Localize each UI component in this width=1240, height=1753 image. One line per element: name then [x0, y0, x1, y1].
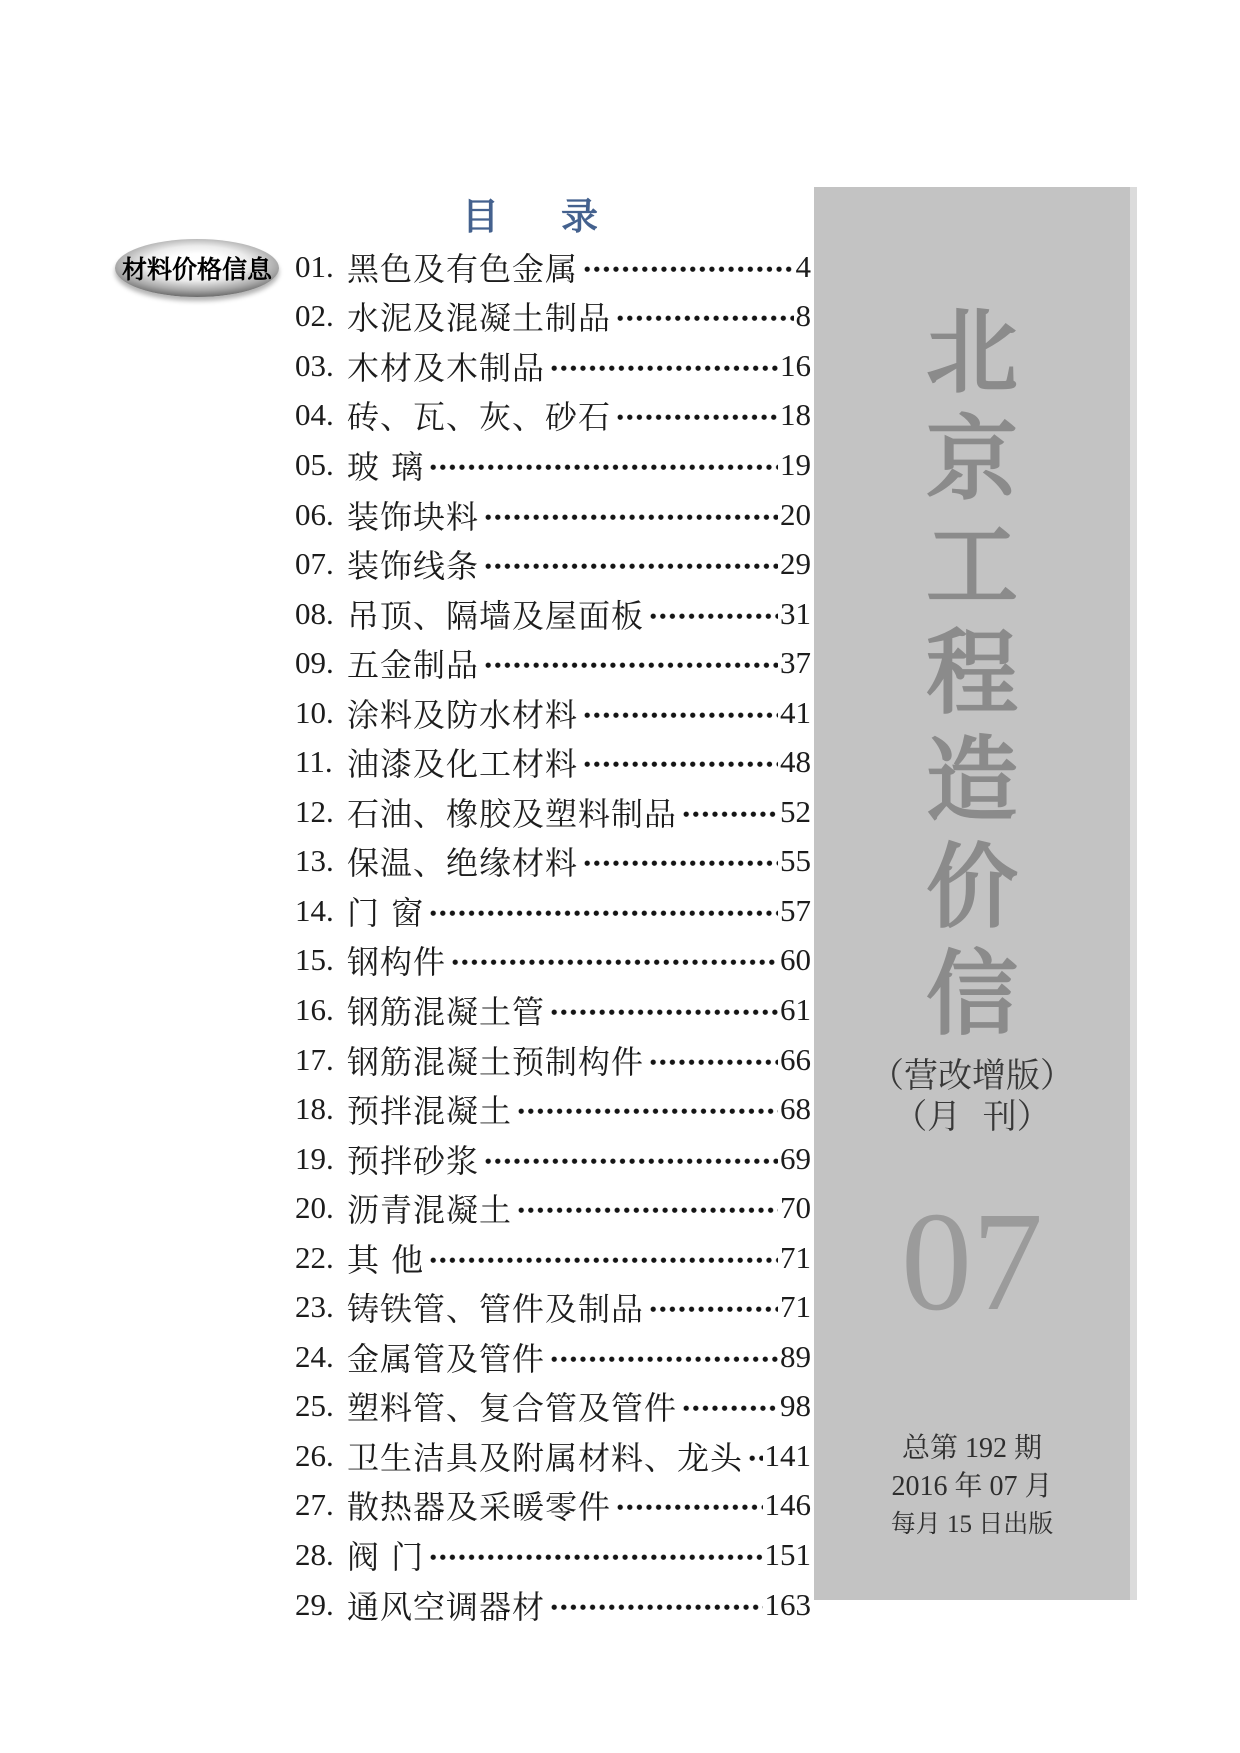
toc-entry-number: 03.	[295, 348, 347, 384]
journal-title-char: 工	[926, 513, 1018, 620]
toc-entry: 26.卫生洁具及附属材料、龙头141	[295, 1431, 811, 1481]
toc-leader-dots	[429, 1256, 778, 1266]
journal-title-char: 信	[926, 941, 1018, 1048]
journal-title-char: 北	[926, 299, 1018, 406]
toc-entry-label: 铸铁管、管件及制品	[347, 1284, 644, 1330]
toc-entry-number: 17.	[295, 1042, 347, 1078]
toc-leader-dots	[583, 760, 778, 770]
toc-leader-dots	[649, 612, 778, 622]
toc-entry-label: 钢构件	[347, 937, 446, 983]
journal-subtitle-line2: （月 刊）	[814, 1097, 1130, 1138]
toc-entry-number: 24.	[295, 1339, 347, 1375]
journal-vertical-title: 北京工程造价信	[814, 299, 1130, 1048]
toc-entry-number: 09.	[295, 645, 347, 681]
toc-entry-label: 钢筋混凝土预制构件	[347, 1037, 644, 1083]
toc-entry-number: 12.	[295, 794, 347, 830]
toc-leader-dots	[649, 1305, 778, 1315]
toc-leader-dots	[616, 314, 793, 324]
toc-entry-label: 木材及木制品	[347, 343, 545, 389]
toc-leader-dots	[484, 513, 778, 523]
toc-leader-dots	[429, 1553, 762, 1563]
toc-entry-number: 16.	[295, 992, 347, 1028]
toc-entry-page: 163	[765, 1587, 812, 1623]
toc-entry-number: 15.	[295, 942, 347, 978]
toc-entry-page: 98	[780, 1388, 811, 1424]
toc-entry-label: 钢筋混凝土管	[347, 987, 545, 1033]
toc-entry-label: 装饰块料	[347, 492, 479, 538]
toc-entry-number: 28.	[295, 1537, 347, 1573]
toc-entry: 20.沥青混凝土70	[295, 1183, 811, 1233]
toc-leader-dots	[682, 810, 778, 820]
journal-subtitle-line1: （营改增版）	[814, 1056, 1130, 1097]
toc-entry-label: 卫生洁具及附属材料、龙头	[347, 1433, 743, 1479]
toc-entry-label: 油漆及化工材料	[347, 739, 578, 785]
toc-entry: 19.预拌砂浆69	[295, 1134, 811, 1184]
toc-entry-number: 08.	[295, 596, 347, 632]
badge-label: 材料价格信息	[122, 250, 272, 286]
toc-entry: 18.预拌混凝土68	[295, 1084, 811, 1134]
toc-entry-label: 五金制品	[347, 640, 479, 686]
toc-entry-page: 52	[780, 794, 811, 830]
toc-entry: 23.铸铁管、管件及制品71	[295, 1282, 811, 1332]
publication-info-line: 总第 192 期	[814, 1430, 1130, 1468]
toc-entry-label: 石油、橡胶及塑料制品	[347, 789, 677, 835]
issue-number: 07	[814, 1190, 1130, 1332]
toc-leader-dots	[517, 1206, 778, 1216]
toc-entry-page: 69	[780, 1141, 811, 1177]
toc-entry-number: 26.	[295, 1438, 347, 1474]
toc-entry: 16.钢筋混凝土管61	[295, 985, 811, 1035]
journal-title-char: 京	[926, 406, 1018, 513]
toc-entry: 07.装饰线条29	[295, 539, 811, 589]
toc-leader-dots	[583, 265, 793, 275]
toc-entry: 11.油漆及化工材料48	[295, 737, 811, 787]
toc-entry-page: 4	[796, 249, 812, 285]
toc-entry-label: 通风空调器材	[347, 1582, 545, 1628]
toc-entry-page: 141	[765, 1438, 812, 1474]
toc-entry: 25.塑料管、复合管及管件98	[295, 1382, 811, 1432]
toc-entry-page: 71	[780, 1289, 811, 1325]
journal-title-char: 程	[926, 620, 1018, 727]
toc-entry-label: 预拌砂浆	[347, 1136, 479, 1182]
toc-entry-page: 18	[780, 397, 811, 433]
toc-entry-label: 吊顶、隔墙及屋面板	[347, 591, 644, 637]
toc-entry-label: 其 他	[347, 1235, 424, 1281]
toc-entry-number: 06.	[295, 497, 347, 533]
toc-entry: 03.木材及木制品16	[295, 341, 811, 391]
toc-entry-page: 89	[780, 1339, 811, 1375]
toc-entry-label: 黑色及有色金属	[347, 244, 578, 290]
toc-entry: 24.金属管及管件89	[295, 1332, 811, 1382]
toc-entry: 09.五金制品37	[295, 638, 811, 688]
material-price-info-badge: 材料价格信息	[115, 239, 279, 297]
publication-info-line: 2016 年 07 月	[814, 1468, 1130, 1506]
page-title: 目 录	[462, 186, 598, 240]
toc-entry-number: 07.	[295, 546, 347, 582]
toc-entry-page: 68	[780, 1091, 811, 1127]
toc-leader-dots	[748, 1454, 762, 1464]
toc-leader-dots	[484, 661, 778, 671]
toc-entry-label: 金属管及管件	[347, 1334, 545, 1380]
toc-entry-number: 01.	[295, 249, 347, 285]
toc-entry-page: 31	[780, 596, 811, 632]
toc-leader-dots	[429, 909, 778, 919]
toc-leader-dots	[616, 413, 778, 423]
toc-entry-page: 37	[780, 645, 811, 681]
publication-info-line: 每月 15 日出版	[814, 1506, 1130, 1544]
toc-leader-dots	[550, 1355, 778, 1365]
toc-entry-label: 保温、绝缘材料	[347, 838, 578, 884]
toc-entry-number: 22.	[295, 1240, 347, 1276]
toc-entry: 27.散热器及采暖零件146	[295, 1481, 811, 1531]
toc-entry: 02.水泥及混凝土制品8	[295, 292, 811, 342]
toc-entry-label: 装饰线条	[347, 541, 479, 587]
toc-entry-page: 41	[780, 695, 811, 731]
toc-entry-number: 04.	[295, 397, 347, 433]
toc-entry-label: 砖、瓦、灰、砂石	[347, 392, 611, 438]
toc-leader-dots	[583, 711, 778, 721]
toc-entry-label: 涂料及防水材料	[347, 690, 578, 736]
toc-entry-number: 25.	[295, 1388, 347, 1424]
toc-entry-number: 29.	[295, 1587, 347, 1623]
toc-entry-number: 20.	[295, 1190, 347, 1226]
toc-entry-label: 沥青混凝土	[347, 1185, 512, 1231]
page-title-char-2: 录	[561, 186, 598, 240]
toc-entry: 29.通风空调器材163	[295, 1580, 811, 1630]
toc-entry: 08.吊顶、隔墙及屋面板31	[295, 589, 811, 639]
toc-entry: 12.石油、橡胶及塑料制品52	[295, 787, 811, 837]
toc-entry-label: 水泥及混凝土制品	[347, 293, 611, 339]
toc-entry-page: 151	[765, 1537, 812, 1573]
toc-entry-label: 阀 门	[347, 1532, 424, 1578]
toc-entry: 17.钢筋混凝土预制构件66	[295, 1035, 811, 1085]
toc-entry-label: 预拌混凝土	[347, 1086, 512, 1132]
toc-entry-page: 70	[780, 1190, 811, 1226]
toc-list: 01.黑色及有色金属402.水泥及混凝土制品803.木材及木制品1604.砖、瓦…	[295, 242, 811, 1629]
toc-entry-number: 27.	[295, 1487, 347, 1523]
publication-info: 总第 192 期2016 年 07 月每月 15 日出版	[814, 1430, 1130, 1544]
toc-entry-page: 57	[780, 893, 811, 929]
toc-leader-dots	[451, 958, 778, 968]
toc-entry-page: 66	[780, 1042, 811, 1078]
toc-entry-number: 02.	[295, 298, 347, 334]
toc-leader-dots	[484, 1157, 778, 1167]
toc-entry-number: 19.	[295, 1141, 347, 1177]
toc-entry-page: 71	[780, 1240, 811, 1276]
toc-entry-page: 55	[780, 843, 811, 879]
toc-entry-number: 05.	[295, 447, 347, 483]
toc-entry-label: 门 窗	[347, 888, 424, 934]
toc-entry: 10.涂料及防水材料41	[295, 688, 811, 738]
toc-leader-dots	[517, 1107, 778, 1117]
page-title-char-1: 目	[462, 186, 499, 240]
journal-cover-panel: 北京工程造价信 （营改增版） （月 刊） 07 总第 192 期2016 年 0…	[814, 187, 1137, 1600]
toc-leader-dots	[682, 1404, 778, 1414]
toc-entry-page: 20	[780, 497, 811, 533]
toc-entry-number: 10.	[295, 695, 347, 731]
toc-leader-dots	[429, 463, 778, 473]
toc-entry-page: 19	[780, 447, 811, 483]
toc-page: 目 录 材料价格信息 01.黑色及有色金属402.水泥及混凝土制品803.木材及…	[0, 0, 1240, 1753]
toc-leader-dots	[550, 1008, 778, 1018]
toc-leader-dots	[550, 1603, 762, 1613]
journal-title-char: 造	[926, 727, 1018, 834]
toc-leader-dots	[484, 562, 778, 572]
toc-entry-page: 16	[780, 348, 811, 384]
toc-entry-number: 14.	[295, 893, 347, 929]
toc-leader-dots	[583, 859, 778, 869]
toc-entry-page: 48	[780, 744, 811, 780]
toc-entry-number: 18.	[295, 1091, 347, 1127]
toc-entry-label: 玻 璃	[347, 442, 424, 488]
toc-entry-page: 8	[796, 298, 812, 334]
toc-entry: 15.钢构件60	[295, 936, 811, 986]
toc-entry: 04.砖、瓦、灰、砂石18	[295, 391, 811, 441]
toc-entry: 13.保温、绝缘材料55	[295, 837, 811, 887]
toc-entry: 14.门 窗57	[295, 886, 811, 936]
journal-title-char: 价	[926, 834, 1018, 941]
toc-entry-number: 13.	[295, 843, 347, 879]
toc-entry: 01.黑色及有色金属4	[295, 242, 811, 292]
toc-entry-page: 146	[765, 1487, 812, 1523]
toc-leader-dots	[649, 1058, 778, 1068]
toc-leader-dots	[616, 1503, 762, 1513]
toc-entry-label: 散热器及采暖零件	[347, 1482, 611, 1528]
toc-entry-number: 11.	[295, 744, 347, 780]
toc-entry: 05.玻 璃19	[295, 440, 811, 490]
toc-entry: 28.阀 门151	[295, 1530, 811, 1580]
toc-entry: 06.装饰块料20	[295, 490, 811, 540]
toc-entry: 22.其 他71	[295, 1233, 811, 1283]
toc-leader-dots	[550, 364, 778, 374]
toc-entry-label: 塑料管、复合管及管件	[347, 1383, 677, 1429]
toc-entry-number: 23.	[295, 1289, 347, 1325]
toc-entry-page: 61	[780, 992, 811, 1028]
toc-entry-page: 29	[780, 546, 811, 582]
toc-entry-page: 60	[780, 942, 811, 978]
